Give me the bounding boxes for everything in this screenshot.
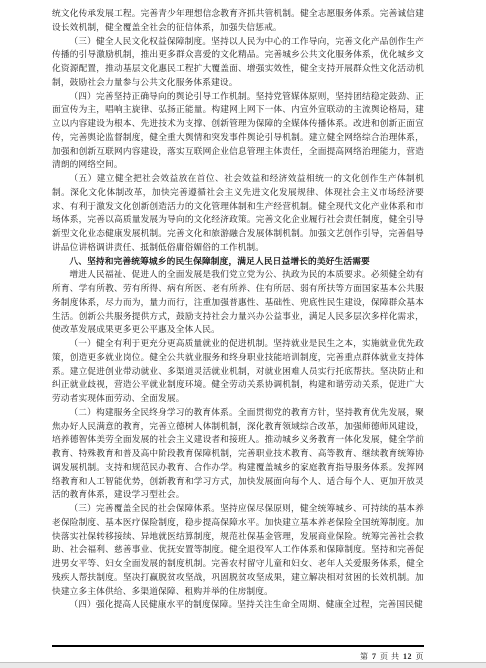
paragraph-item-4-health-truncated: （四）强化提高人民健康水平的制度保障。坚持关注生命全周期、健康全过程，完善国民健 — [52, 598, 424, 612]
paragraph-item-2-education: （二）构建服务全民终身学习的教育体系。全面贯彻党的教育方针，坚持教育优先发展，聚… — [52, 406, 424, 502]
paragraph-item-1-employment: （一）健全有利于更充分更高质量就业的促进机制。坚持就业是民生之本，实施就业优先政… — [52, 337, 424, 406]
footer-suffix: 页 — [416, 652, 425, 661]
footer-pages-label: 页 — [380, 652, 389, 661]
footer-divider-rule — [52, 645, 424, 647]
footer-prefix: 第 — [360, 652, 369, 661]
paragraph-item-3-culture: （三）健全人民文化权益保障制度。坚持以人民为中心的工作导向，完善文化产品创作生产… — [52, 35, 424, 90]
document-page: 统文化传承发展工程。完善青少年理想信念教育齐抓共管机制。健全志愿服务体系。完善诚… — [0, 0, 486, 668]
paragraph-section-intro: 增进人民福祉、促进人的全面发展是我们党立党为公、执政为民的本质要求。必须健全幼有… — [52, 268, 424, 337]
paragraph-item-5-creation: （五）建立健全把社会效益放在首位、社会效益和经济效益相统一的文化创作生产体制机制… — [52, 172, 424, 255]
footer-conjunction: 共 — [391, 652, 400, 661]
document-body: 统文化传承发展工程。完善青少年理想信念教育齐抓共管机制。健全志愿服务体系。完善诚… — [52, 7, 424, 612]
section-heading-8: 八、坚持和完善统筹城乡的民生保障制度，满足人民日益增长的美好生活需要 — [52, 255, 424, 269]
paragraph-item-3-social-security: （三）完善覆盖全民的社会保障体系。坚持应保尽保原则，健全统筹城乡、可持续的基本养… — [52, 502, 424, 598]
page-number-footer: 第 7 页 共 12 页 — [360, 651, 424, 662]
footer-total-pages: 12 — [402, 652, 413, 661]
footer-current-page: 7 — [371, 652, 378, 661]
paragraph-item-4-media: （四）完善坚持正确导向的舆论引导工作机制。坚持党管媒体原则，坚持团结稳定鼓劲、正… — [52, 90, 424, 173]
page-bottom-edge — [0, 662, 486, 668]
paragraph-continuation: 统文化传承发展工程。完善青少年理想信念教育齐抓共管机制。健全志愿服务体系。完善诚… — [52, 7, 424, 35]
